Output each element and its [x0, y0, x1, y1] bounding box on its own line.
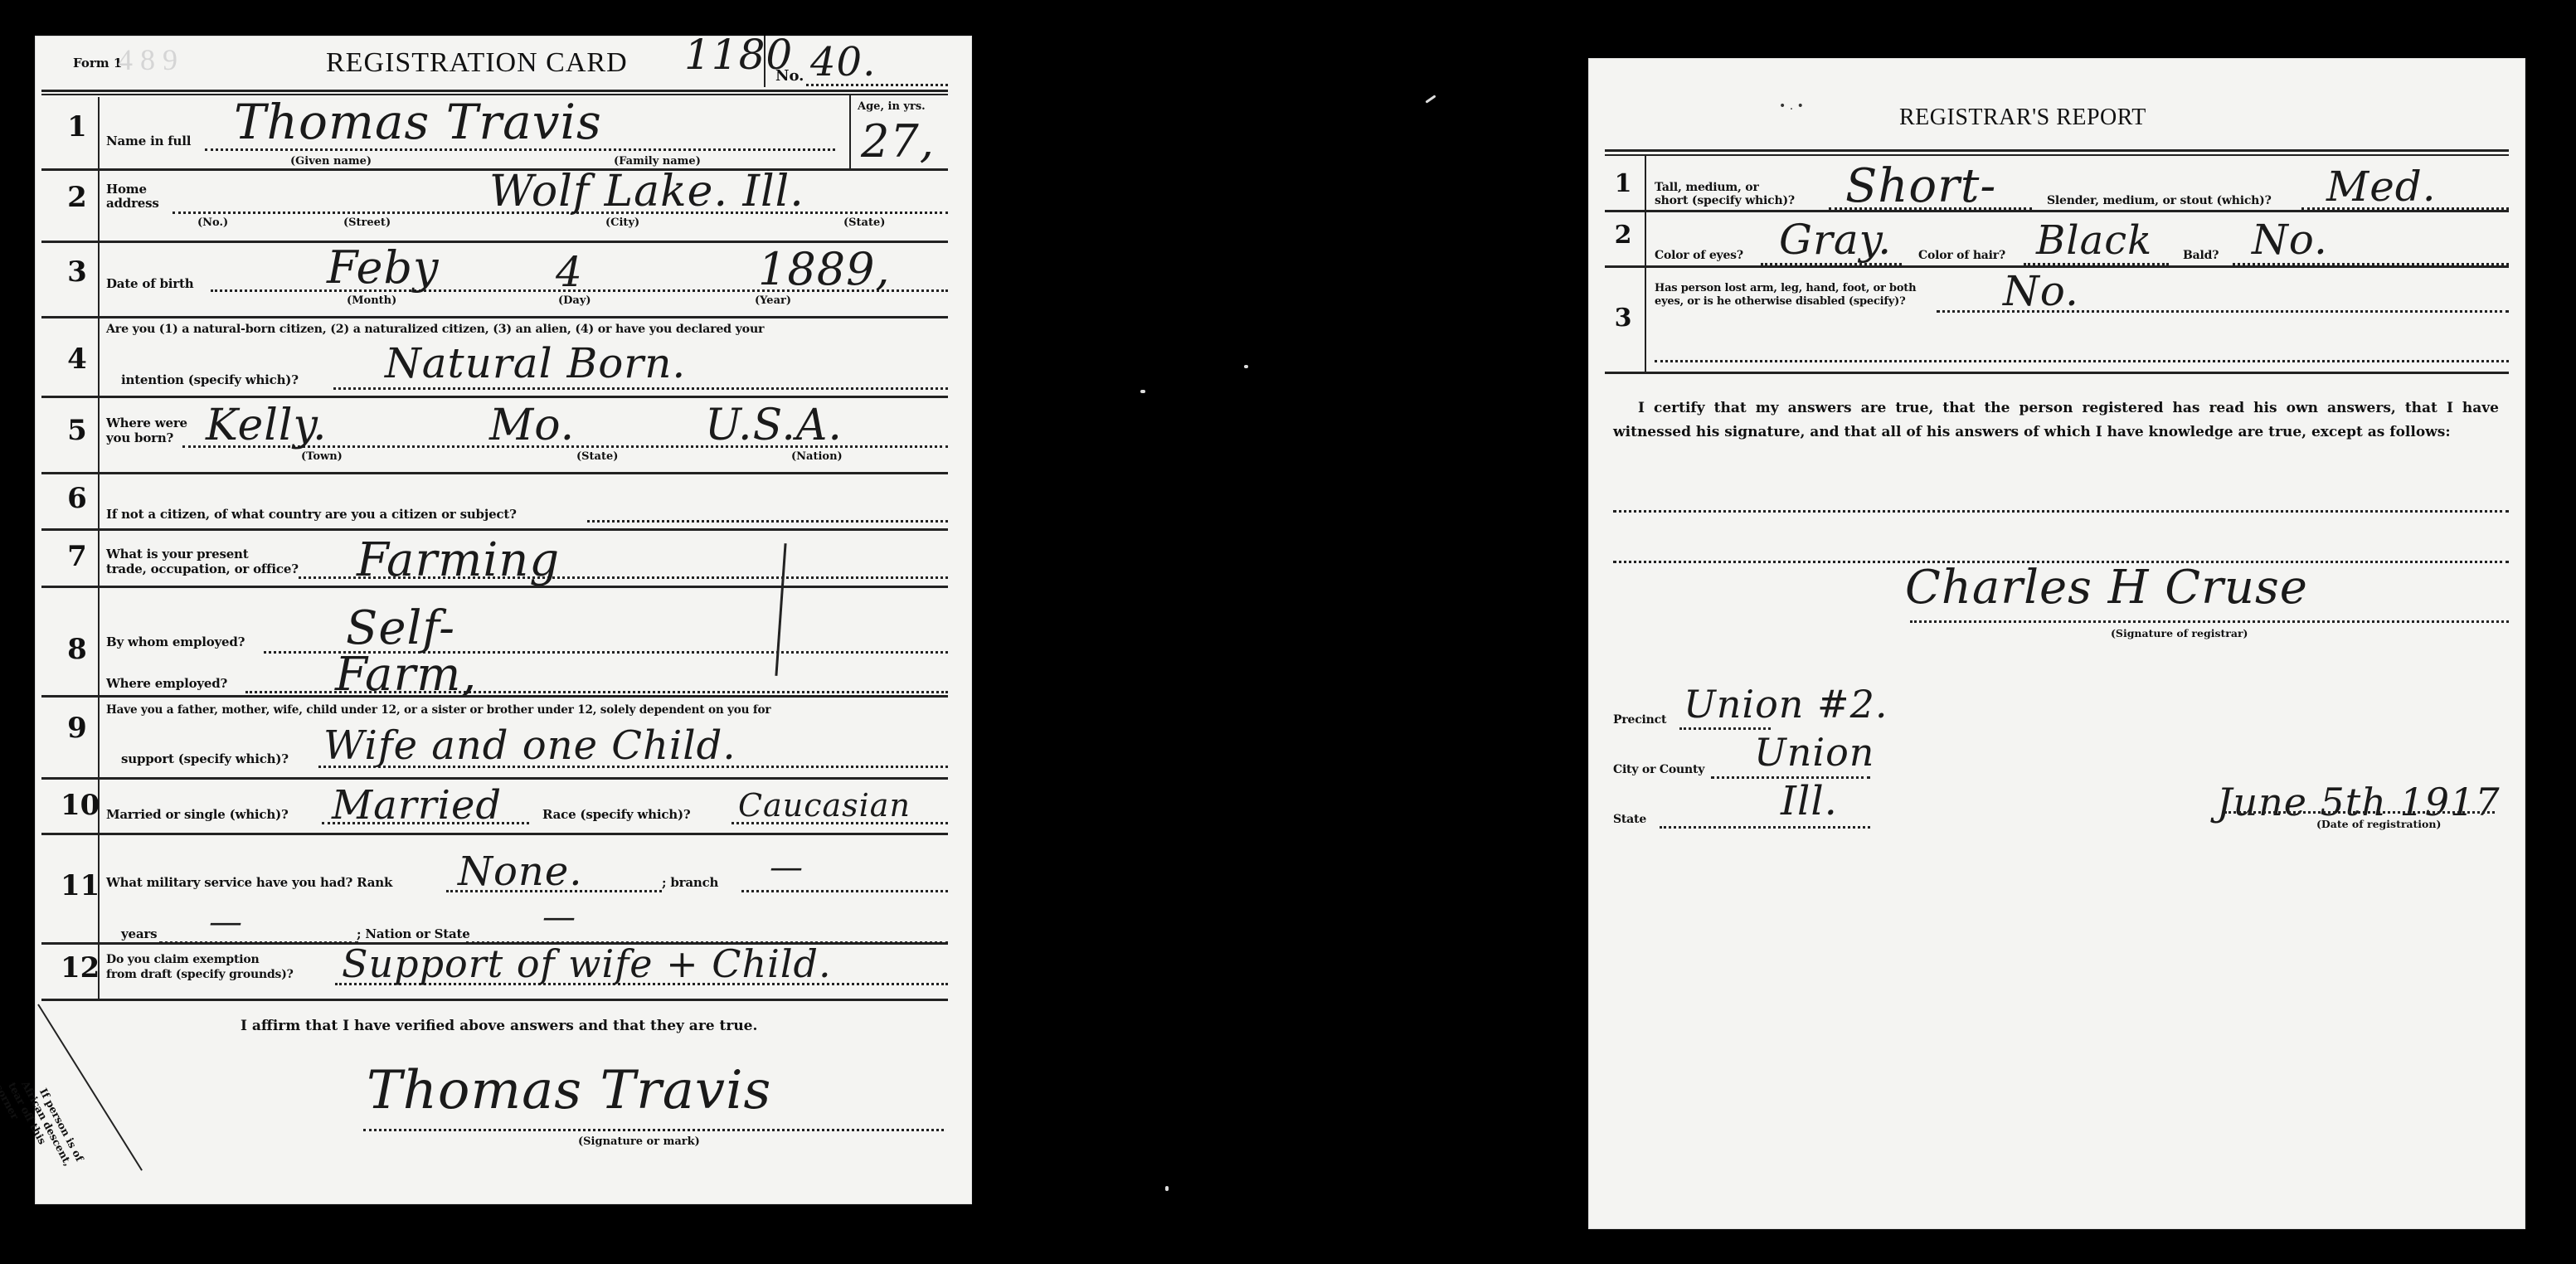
sublabel-nation: (Nation) [791, 450, 843, 463]
disability-label-1: Has person lost arm, leg, hand, foot, or… [1655, 282, 1916, 294]
disability-label-2: eyes, or is he otherwise disabled (speci… [1655, 295, 1906, 308]
address-label: address [106, 196, 159, 211]
race-label: Race (specify which)? [542, 807, 690, 822]
disability-value: No. [2003, 267, 2079, 315]
row-number: 2 [1606, 221, 1640, 250]
registration-card: Form 1 4 8 9 REGISTRATION CARD 1180 No. … [35, 36, 972, 1204]
where-born-label-2: you born? [106, 430, 173, 445]
number-label: No. [775, 67, 804, 85]
sublabel-state: (State) [576, 450, 618, 463]
marital-value: Married [332, 782, 502, 829]
sublabel-town: (Town) [301, 450, 343, 463]
top-rule [1605, 149, 2509, 152]
ink-marks: • . • [1779, 100, 1804, 113]
branch-label: ; branch [662, 875, 718, 890]
citizenship-question: Are you (1) a natural-born citizen, (2) … [106, 323, 764, 336]
dob-year: 1889, [758, 243, 891, 295]
support-label: support (specify which)? [121, 751, 289, 766]
name-value: Thomas Travis [234, 94, 602, 150]
age-divider [849, 95, 851, 170]
height-label-1: Tall, medium, or [1655, 181, 1759, 194]
dob-month: Feby [327, 241, 440, 294]
state-value: Ill. [1781, 778, 1838, 824]
home-label: Home [106, 182, 147, 197]
name-label: Name in full [106, 134, 191, 148]
film-speck [1425, 95, 1436, 103]
sublabel-day: (Day) [558, 294, 591, 307]
occupation-label-1: What is your present [106, 547, 249, 562]
work-location-label: Where employed? [106, 676, 227, 691]
registrant-signature: Thomas Travis [367, 1060, 771, 1121]
sublabel-state: (State) [843, 216, 885, 229]
given-name-label: (Given name) [290, 155, 372, 168]
foreign-citizen-label: If not a citizen, of what country are yo… [106, 507, 517, 522]
exemption-label-2: from draft (specify grounds)? [106, 968, 294, 981]
row-number: 1 [1606, 169, 1640, 198]
work-location-value: Farm, [335, 648, 477, 702]
bald-label: Bald? [2183, 249, 2219, 262]
hair-color-value: Black [2036, 217, 2152, 264]
number-value: 40. [810, 39, 876, 85]
dob-day: 4 [556, 248, 583, 296]
film-speck [1140, 390, 1145, 393]
row-number: 12 [61, 951, 94, 984]
hair-color-label: Color of hair? [1918, 249, 2005, 262]
form-label: Form 1 [73, 56, 122, 70]
row-number: 10 [61, 789, 94, 822]
nation-state-label: ; Nation or State [357, 926, 470, 941]
years-value: — [209, 903, 243, 941]
occupation-label-2: trade, occupation, or office? [106, 562, 299, 576]
row-number: 1 [61, 110, 94, 143]
city-county-label: City or County [1613, 763, 1704, 776]
citizenship-value: Natural Born. [385, 339, 686, 387]
row-number: 11 [61, 869, 94, 902]
row-number: 3 [61, 255, 94, 289]
dob-label: Date of birth [106, 276, 193, 291]
row-number: 8 [61, 633, 94, 666]
age-label: Age, in yrs. [858, 100, 926, 113]
card-title: REGISTRATION CARD [326, 47, 628, 79]
eye-color-label: Color of eyes? [1655, 249, 1743, 262]
birth-state: Mo. [489, 401, 575, 450]
sublabel-year: (Year) [755, 294, 791, 307]
state-label: State [1613, 813, 1646, 826]
address-value: Wolf Lake. Ill. [489, 167, 804, 216]
affirm-text: I affirm that I have verified above answ… [241, 1014, 757, 1038]
nation-state-value: — [542, 898, 576, 936]
sublabel-no: (No.) [197, 216, 228, 229]
employer-label: By whom employed? [106, 634, 245, 649]
sublabel-city: (City) [605, 216, 639, 229]
top-rule [41, 90, 948, 92]
tear-off-instructions: If person is of African descent, tear of… [0, 1064, 86, 1181]
signature-label: (Signature or mark) [578, 1135, 700, 1148]
eye-color-value: Gray. [1779, 216, 1892, 264]
marital-label: Married or single (which)? [106, 807, 289, 822]
row-number-divider [98, 97, 100, 999]
race-value: Caucasian [738, 787, 911, 824]
family-name-label: (Family name) [614, 155, 701, 168]
age-value: 27, [861, 115, 935, 168]
city-county-value: Union [1754, 730, 1874, 775]
report-title: REGISTRAR'S REPORT [1899, 105, 2146, 131]
rank-value: None. [458, 848, 582, 895]
row-number: 6 [61, 482, 94, 515]
intention-label: intention (specify which)? [121, 372, 299, 387]
registrar-signature-label: (Signature of registrar) [2111, 627, 2248, 639]
dependents-question: Have you a father, mother, wife, child u… [106, 703, 770, 717]
row-number-divider [1645, 156, 1646, 373]
precinct-value: Union #2. [1684, 682, 1888, 727]
registrars-report-card: • . • REGISTRAR'S REPORT 1 Tall, medium,… [1588, 58, 2525, 1229]
row-number: 3 [1606, 304, 1640, 333]
film-speck [1244, 365, 1248, 368]
build-value: Med. [2326, 163, 2437, 211]
precinct-label: Precinct [1613, 713, 1666, 727]
bald-value: No. [2252, 216, 2328, 264]
registrar-signature: Charles H Cruse [1905, 561, 2308, 615]
years-label: years [121, 926, 157, 941]
row-number: 5 [61, 414, 94, 447]
height-value: Short- [1845, 159, 1996, 213]
exemption-label-1: Do you claim exemption [106, 953, 259, 966]
sublabel-street: (Street) [343, 216, 391, 229]
row-number: 7 [61, 540, 94, 573]
birth-town: Kelly. [206, 401, 328, 450]
dependents-value: Wife and one Child. [323, 722, 736, 769]
sublabel-month: (Month) [347, 294, 396, 307]
certify-text: I certify that my answers are true, that… [1613, 396, 2499, 445]
registration-date-label: (Date of registration) [2316, 818, 2441, 830]
exemption-value: Support of wife + Child. [342, 941, 832, 986]
where-born-label-1: Where were [106, 416, 187, 430]
number-divider [764, 36, 766, 87]
birth-nation: U.S.A. [705, 401, 843, 450]
height-label-2: short (specify which)? [1655, 194, 1795, 207]
military-label: What military service have you had? Rank [106, 875, 392, 890]
stamp-number: 4 8 9 [118, 42, 177, 77]
film-speck [1165, 1186, 1169, 1191]
occupation-value: Farming [357, 533, 560, 587]
row-number: 9 [61, 712, 94, 745]
build-label: Slender, medium, or stout (which)? [2047, 194, 2272, 207]
row-number: 4 [61, 343, 94, 376]
row-number: 2 [61, 181, 94, 214]
branch-value: — [770, 848, 804, 887]
pen-stroke [775, 543, 786, 676]
